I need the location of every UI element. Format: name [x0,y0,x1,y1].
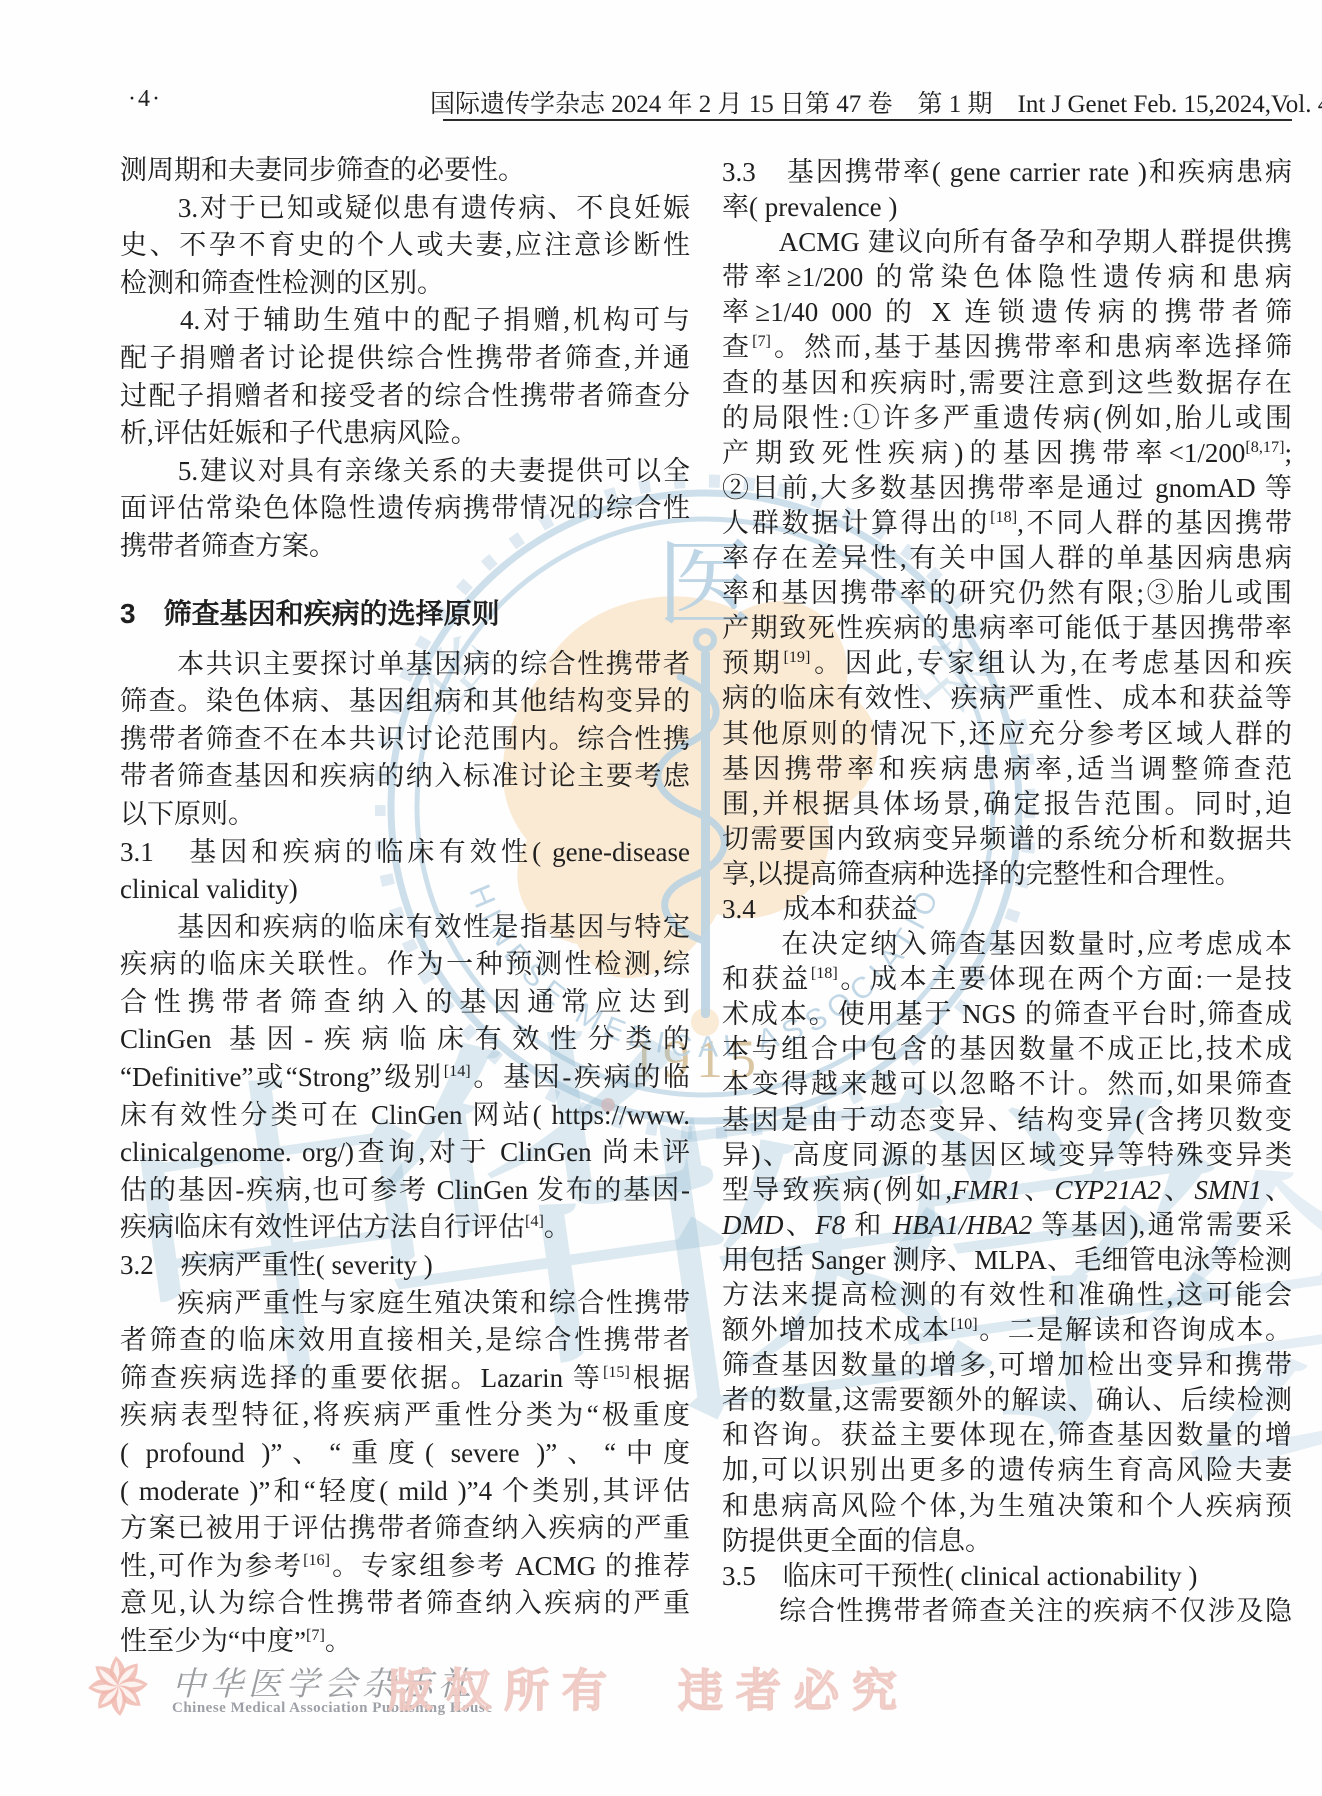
text-line: 综合性携带者筛查关注的疾病不仅涉及隐 [722,1594,1292,1629]
left-column: 测周期和夫妻同步筛查的必要性。 3.对于已知或疑似患有遗传病、不良妊娠史、不孕不… [120,152,690,1661]
text-line: clinical validity) [120,871,690,909]
text-line: 率≥1/40 000 的 X 连锁遗传病的携带者筛 [722,295,1292,330]
publisher-footer: 中华医学会杂志社 Chinese Medical Association Pub… [0,1648,1322,1738]
text-line: 测周期和夫妻同步筛查的必要性。 [120,152,690,190]
text-line: 带率≥1/200 的常染色体隐性遗传病和患病 [722,260,1292,295]
text-line: 基因携带率和疾病患病率,适当调整筛查范 [722,752,1292,787]
text-line: 估的基因-疾病,也可参考 ClinGen 发布的基因- [120,1172,690,1210]
text-line: 异)、高度同源的基因区域变异等特殊变异类 [722,1138,1292,1173]
text-line: 意见,认为综合性携带者筛查纳入疾病的严重 [120,1585,690,1623]
text-line: 性,可作为参考[16]。专家组参考 ACMG 的推荐 [120,1548,690,1586]
text-line: 3.1 基因和疾病的临床有效性( gene-disease [120,834,690,872]
text-line: 析,评估妊娠和子代患病风险。 [120,415,690,453]
text-line: 查[7]。然而,基于基因携带率和患病率选择筛 [722,330,1292,365]
text-line: 本变得越来越可以忽略不计。然而,如果筛查 [722,1067,1292,1102]
text-line: 预期[19]。因此,专家组认为,在考虑基因和疾 [722,646,1292,681]
text-line: 基因是由于动态变异、结构变异(含拷贝数变 [722,1103,1292,1138]
text-line: “Definitive”或“Strong”级别[14]。基因-疾病的临 [120,1059,690,1097]
text-line: 防提供更全面的信息。 [722,1524,1292,1559]
text-line: 3.5 临床可干预性( clinical actionability ) [722,1559,1292,1594]
text-line: 合性携带者筛查纳入的基因通常应达到 [120,984,690,1022]
text-line: 切需要国内致病变异频谱的系统分析和数据共 [722,822,1292,857]
text-line: DMD、F8 和 HBA1/HBA2 等基因),通常需要采 [722,1208,1292,1243]
text-line: 和获益[18]。成本主要体现在两个方面:一是技 [722,962,1292,997]
text-line: 筛查。染色体病、基因组病和其他结构变异的 [120,683,690,721]
text-line: 配子捐赠者讨论提供综合性携带者筛查,并通 [120,340,690,378]
text-line: 本与组合中包含的基因数量不成正比,技术成 [722,1032,1292,1067]
text-line: 5.建议对具有亲缘关系的夫妻提供可以全 [120,453,690,491]
text-line: 筛查疾病选择的重要依据。Lazarin 等[15]根据 [120,1360,690,1398]
text-line: 床有效性分类可在 ClinGen 网站( https://www. [120,1097,690,1135]
right-column: 3.3 基因携带率( gene carrier rate )和疾病患病率( pr… [722,155,1292,1629]
text-line: 在决定纳入筛查基因数量时,应考虑成本 [722,927,1292,962]
text-line: 查的基因和疾病时,需要注意到这些数据存在 [722,366,1292,401]
text-line: 加,可以识别出更多的遗传病生育高风险夫妻 [722,1453,1292,1488]
text-line: 产期致死性疾病)的基因携带率<1/200[8,17]; [722,436,1292,471]
text-line: 的局限性:①许多严重遗传病(例如,胎儿或围 [722,401,1292,436]
text-line: 本共识主要探讨单基因病的综合性携带者 [120,646,690,684]
text-line: 史、不孕不育史的个人或夫妻,应注意诊断性 [120,227,690,265]
text-line: 面评估常染色体隐性遗传病携带情况的综合性 [120,490,690,528]
text-line: 疾病临床有效性评估方法自行评估[4]。 [120,1209,690,1247]
text-line: 携带者筛查方案。 [120,528,690,566]
text-line: 享,以提高筛查病种选择的完整性和合理性。 [722,857,1292,892]
text-line: ACMG 建议向所有备孕和孕期人群提供携 [722,225,1292,260]
text-line: 筛查基因数量的增多,可增加检出变异和携带 [722,1348,1292,1383]
text-line: 3.2 疾病严重性( severity ) [120,1247,690,1285]
text-line: ②目前,大多数基因携带率是通过 gnomAD 等 [722,471,1292,506]
text-line: 者的数量,这需要额外的解读、确认、后续检测 [722,1383,1292,1418]
header-rule [443,119,1292,121]
section-heading: 3 筛查基因和疾病的选择原则 [120,594,690,634]
journal-page: 医 华 学 1915 CHINESE MEDICAL ASSOCIATION 中… [0,0,1322,1796]
text-line: 用包括 Sanger 测序、MLPA、毛细管电泳等检测 [722,1243,1292,1278]
text-line: 过配子捐赠者和接受者的综合性携带者筛查分 [120,378,690,416]
text-line: 其他原则的情况下,还应充分参考区域人群的 [722,717,1292,752]
text-line: 率和基因携带率的研究仍然有限;③胎儿或围 [722,576,1292,611]
text-line: 疾病表型特征,将疾病严重性分类为“极重度 [120,1397,690,1435]
text-line: 3.4 成本和获益 [722,892,1292,927]
text-line: 率存在差异性,有关中国人群的单基因病患病 [722,541,1292,576]
text-line: 病的临床有效性、疾病严重性、成本和获益等 [722,681,1292,716]
text-line: 携带者筛查不在本共识讨论范围内。综合性携 [120,721,690,759]
text-line: 术成本。使用基于 NGS 的筛查平台时,筛查成 [722,997,1292,1032]
text-line: 带者筛查基因和疾病的纳入标准讨论主要考虑 [120,758,690,796]
text-line: 人群数据计算得出的[18],不同人群的基因携带 [722,506,1292,541]
text-line: 方法来提高检测的有效性和准确性,这可能会 [722,1278,1292,1313]
text-line: 型导致疾病(例如,FMR1、CYP21A2、SMN1、 [722,1173,1292,1208]
text-line: 围,并根据具体场景,确定报告范围。同时,迫 [722,787,1292,822]
text-line: 基因和疾病的临床有效性是指基因与特定 [120,909,690,947]
text-line: 疾病严重性与家庭生殖决策和综合性携带 [120,1285,690,1323]
page-number: ·4· [128,86,162,113]
text-line: 4.对于辅助生殖中的配子捐赠,机构可与 [120,302,690,340]
text-line: ( moderate )”和“轻度( mild )”4 个类别,其评估 [120,1473,690,1511]
text-line: 和患病高风险个体,为生殖决策和个人疾病预 [722,1489,1292,1524]
text-line: 者筛查的临床效用直接相关,是综合性携带者 [120,1322,690,1360]
publisher-flower-logo-icon [86,1654,150,1718]
text-line: clinicalgenome. org/)查询,对于 ClinGen 尚未评 [120,1134,690,1172]
text-line: ClinGen 基因-疾病临床有效性分类的 [120,1021,690,1059]
text-line: 和咨询。获益主要体现在,筛查基因数量的增 [722,1418,1292,1453]
copyright-watermark: 版权所有 违者必究 [388,1654,910,1719]
text-line: 产期致死性疾病的患病率可能低于基因携带率 [722,611,1292,646]
text-line: 额外增加技术成本[10]。二是解读和咨询成本。 [722,1313,1292,1348]
text-line: ( profound )”、“重度( severe )”、“中度 [120,1435,690,1473]
running-head: 国际遗传学杂志 2024 年 2 月 15 日第 47 卷 第 1 期 Int … [430,84,1290,120]
text-line: 疾病的临床关联性。作为一种预测性检测,综 [120,946,690,984]
text-line: 3.对于已知或疑似患有遗传病、不良妊娠 [120,190,690,228]
text-line: 方案已被用于评估携带者筛查纳入疾病的严重 [120,1510,690,1548]
text-line: 以下原则。 [120,796,690,834]
text-line: 检测和筛查性检测的区别。 [120,265,690,303]
text-line: 率( prevalence ) [722,190,1292,225]
text-line: 3.3 基因携带率( gene carrier rate )和疾病患病 [722,155,1292,190]
